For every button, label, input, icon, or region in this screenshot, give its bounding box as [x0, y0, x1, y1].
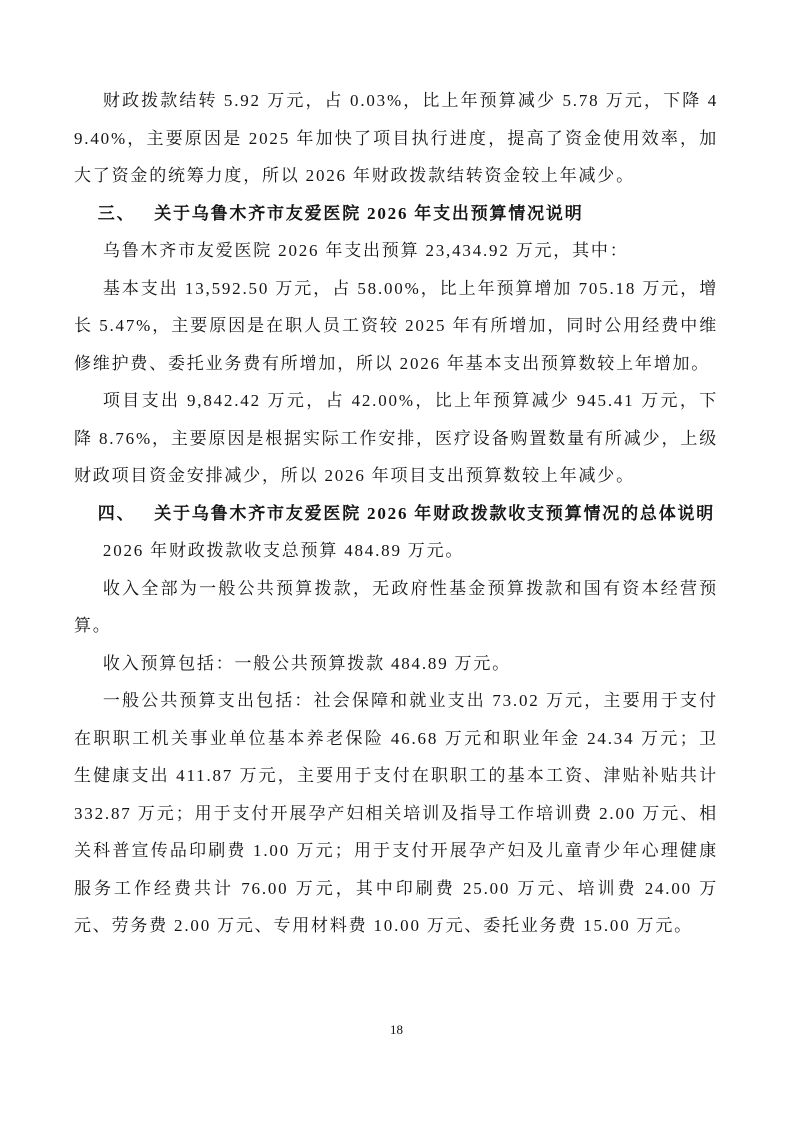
paragraph-revenue-source: 收入全部为一般公共预算拨款，无政府性基金预算拨款和国有资本经营预算。 — [74, 570, 718, 645]
paragraph-public-budget-expenditure-detail: 一般公共预算支出包括：社会保障和就业支出 73.02 万元，主要用于支付在职职工… — [74, 682, 718, 945]
document-body: 财政拨款结转 5.92 万元，占 0.03%，比上年预算减少 5.78 万元，下… — [0, 0, 793, 945]
document-page: 财政拨款结转 5.92 万元，占 0.03%，比上年预算减少 5.78 万元，下… — [0, 0, 793, 1122]
paragraph-total-expenditure: 乌鲁木齐市友爱医院 2026 年支出预算 23,434.92 万元，其中： — [74, 232, 718, 270]
paragraph-fiscal-carryover: 财政拨款结转 5.92 万元，占 0.03%，比上年预算减少 5.78 万元，下… — [74, 82, 718, 195]
paragraph-basic-expenditure: 基本支出 13,592.50 万元，占 58.00%，比上年预算增加 705.1… — [74, 270, 718, 383]
paragraph-project-expenditure: 项目支出 9,842.42 万元，占 42.00%，比上年预算减少 945.41… — [74, 382, 718, 495]
page-number: 18 — [0, 1022, 793, 1038]
section-heading-4-fiscal-appropriation-overview: 四、 关于乌鲁木齐市友爱医院 2026 年财政拨款收支预算情况的总体说明 — [74, 495, 718, 533]
section-heading-3-expenditure-budget: 三、 关于乌鲁木齐市友爱医院 2026 年支出预算情况说明 — [74, 195, 718, 233]
paragraph-revenue-budget: 收入预算包括：一般公共预算拨款 484.89 万元。 — [74, 645, 718, 683]
paragraph-total-fiscal-budget: 2026 年财政拨款收支总预算 484.89 万元。 — [74, 532, 718, 570]
